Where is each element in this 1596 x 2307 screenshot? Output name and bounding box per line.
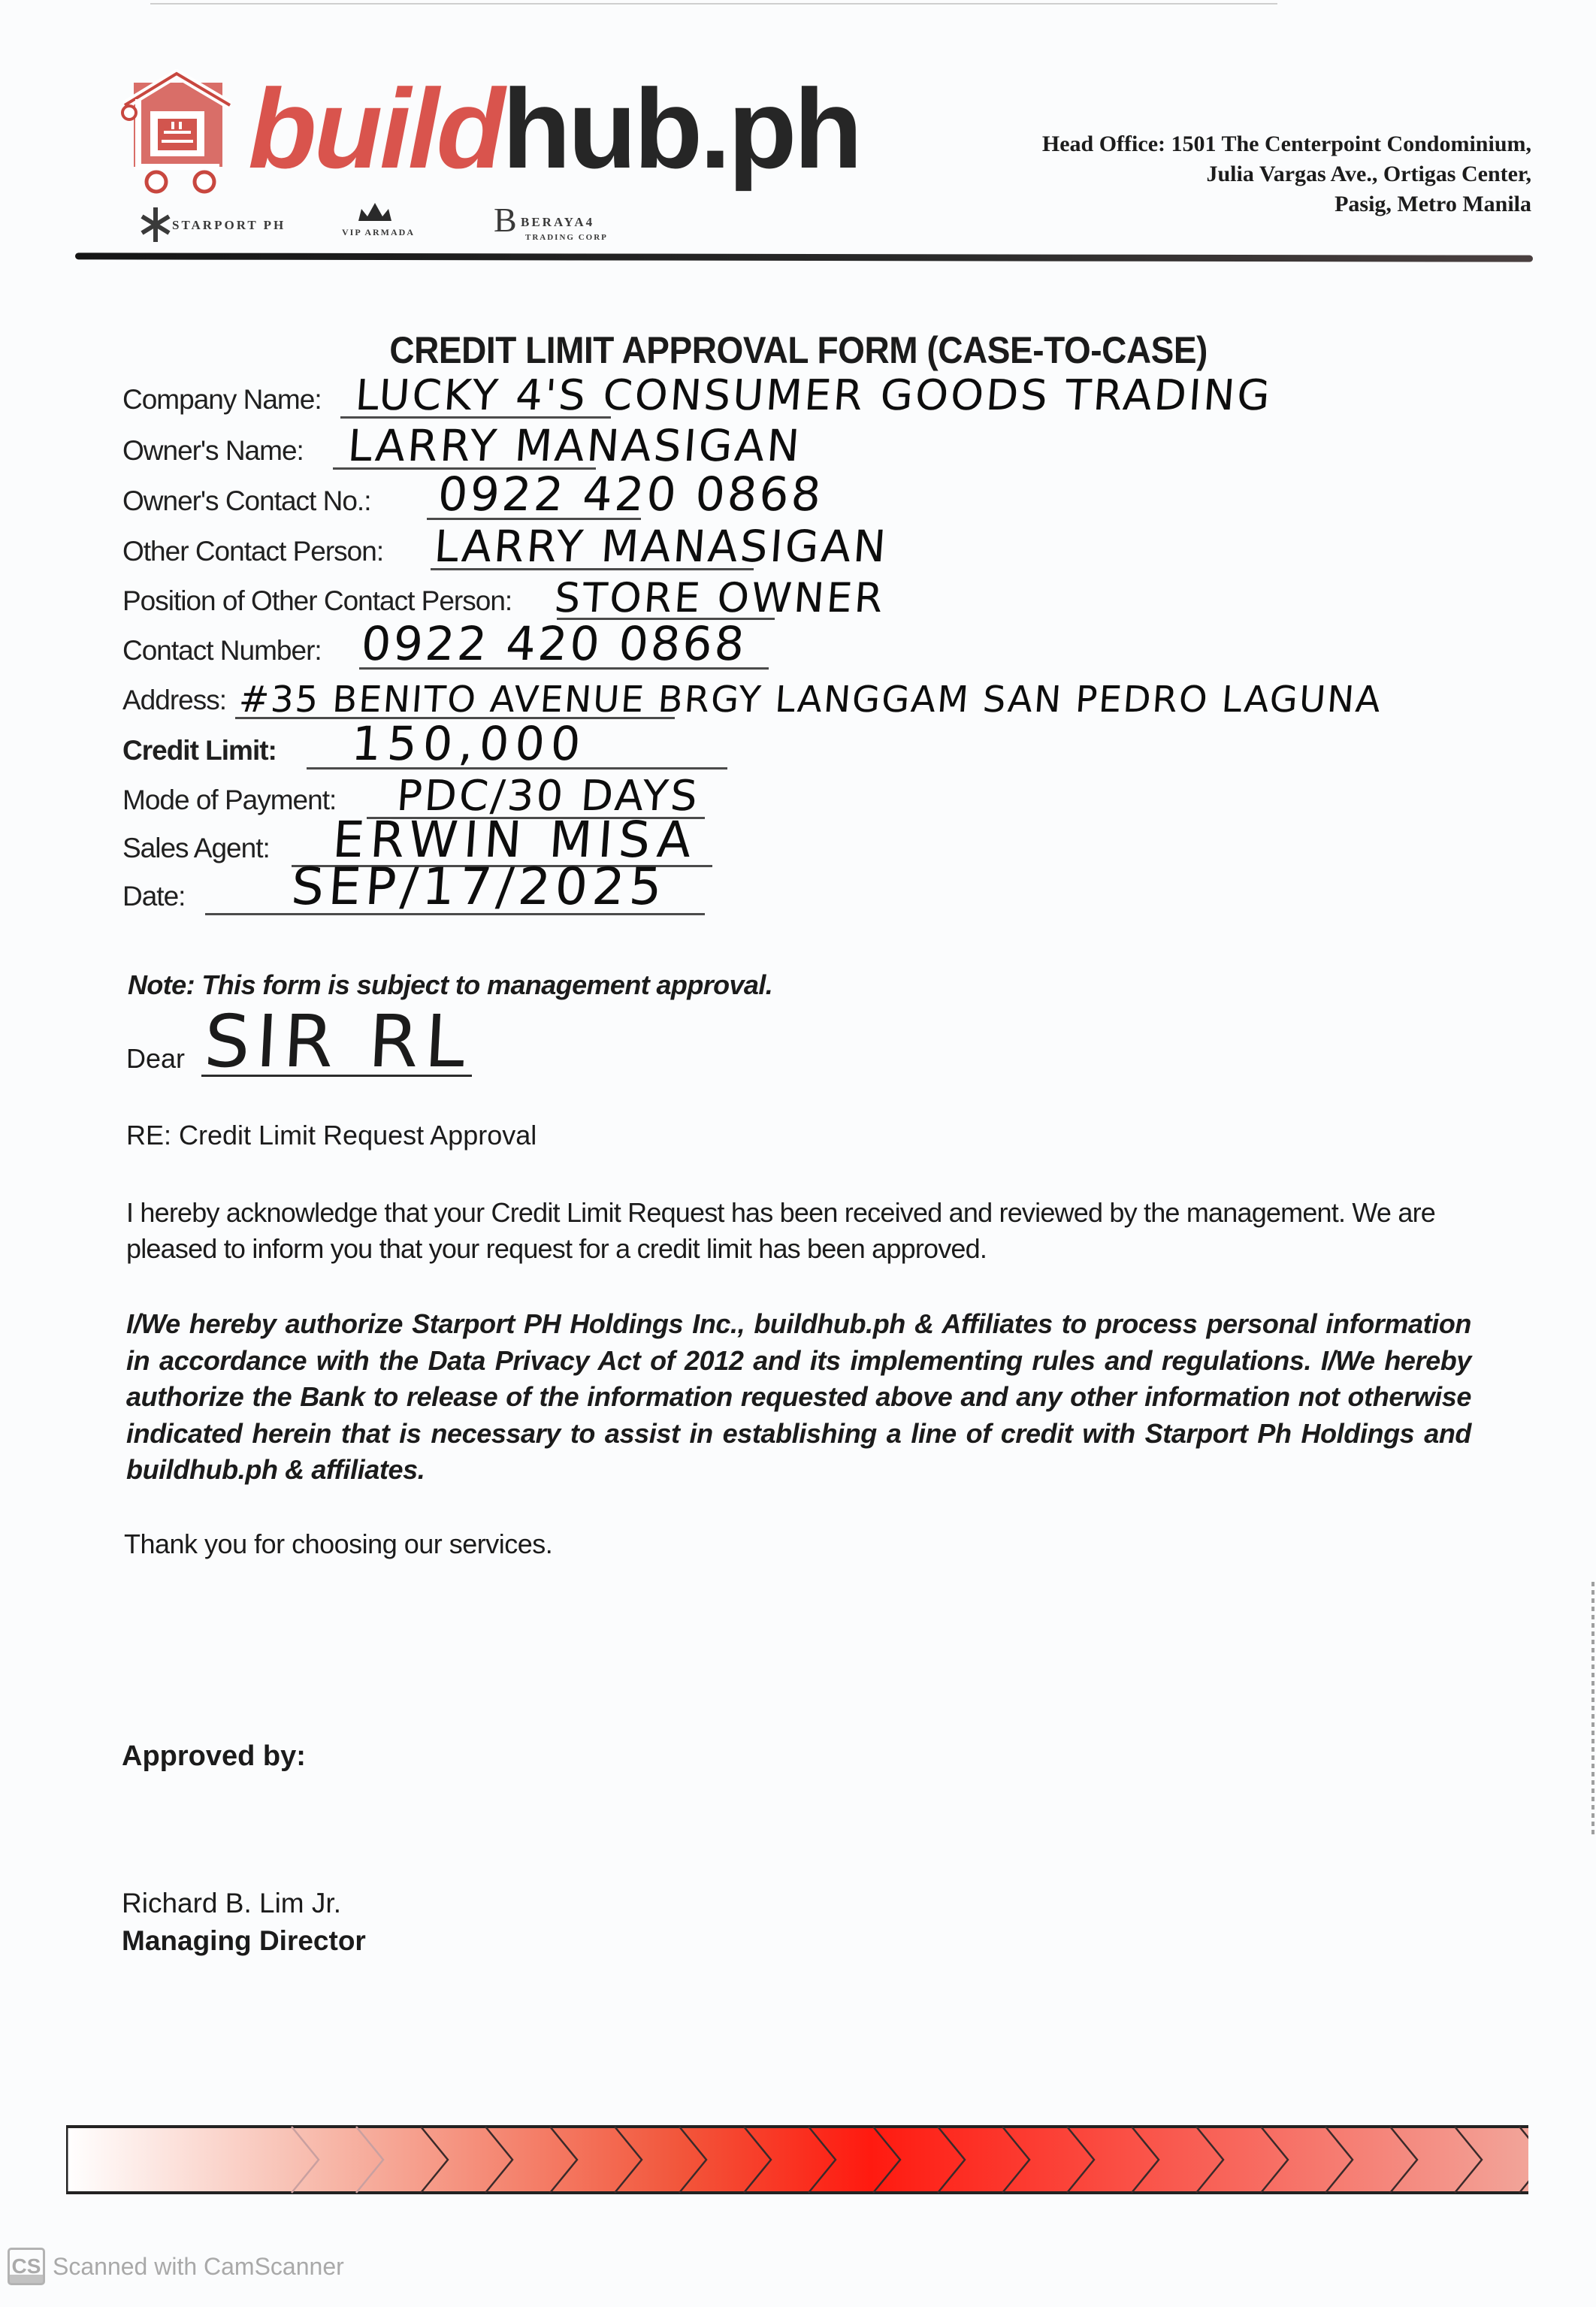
sublogo-armada: VIP ARMADA [342, 227, 415, 238]
field-label: Company Name: [122, 384, 322, 416]
field-value[interactable]: 150,000 [349, 716, 588, 771]
acknowledgement-paragraph: I hereby acknowledge that your Credit Li… [126, 1195, 1509, 1267]
field-value[interactable]: STORE OWNER [553, 574, 887, 621]
brand-wordmark: buildhub.ph [248, 72, 860, 185]
header-divider [75, 252, 1533, 262]
sublogo-beraya: BERAYA4 [521, 215, 594, 230]
starport-star-icon [139, 206, 172, 243]
field-label: Sales Agent: [122, 833, 270, 864]
field-label: Position of Other Contact Person: [122, 585, 512, 617]
field-owner-contact: Owner's Contact No.: 0922 420 0868 [122, 473, 1024, 526]
thank-you-line: Thank you for choosing our services. [124, 1528, 552, 1560]
house-cart-logo-icon [120, 69, 233, 197]
head-office-line-1: Head Office: 1501 The Centerpoint Condom… [1042, 129, 1531, 159]
watermark-text: Scanned with CamScanner [53, 2253, 344, 2281]
field-label: Date: [122, 881, 185, 912]
field-label: Mode of Payment: [122, 785, 336, 816]
field-date: Date: SEP/17/2025 [122, 869, 874, 921]
field-value[interactable]: LARRY MANASIGAN [433, 521, 890, 572]
field-address: Address: #35 BENITO AVENUE BRGY LANGGAM … [122, 673, 1550, 725]
salutation-label: Dear [126, 1043, 185, 1075]
camscanner-watermark: CS Scanned with CamScanner [8, 2248, 344, 2284]
salutation-value[interactable]: SIR RL [202, 999, 473, 1084]
brand-part-build: build [248, 65, 502, 192]
field-value[interactable]: SEP/17/2025 [289, 857, 668, 917]
sublogo-trading-corp: TRADING CORP [525, 233, 608, 242]
sublogo-starport: STARPORT PH [172, 218, 286, 233]
field-value[interactable]: 0922 420 0868 [359, 616, 748, 671]
field-credit-limit: Credit Limit: 150,000 [122, 723, 874, 776]
head-office-line-2: Julia Vargas Ave., Ortigas Center, [1042, 159, 1531, 189]
scan-edge-artifact [1591, 1582, 1594, 1837]
field-label: Owner's Name: [122, 435, 304, 467]
field-value[interactable]: #35 BENITO AVENUE BRGY LANGGAM SAN PEDRO… [237, 679, 1383, 721]
scan-edge-line [150, 3, 1277, 5]
field-value[interactable]: LUCKY 4'S CONSUMER GOODS TRADING [354, 371, 1274, 420]
affiliate-logos: STARPORT PH VIP ARMADA B BERAYA4 TRADING… [139, 201, 627, 246]
field-label: Owner's Contact No.: [122, 485, 370, 517]
camscanner-logo-icon: CS [8, 2248, 45, 2285]
field-value[interactable]: 0922 420 0868 [436, 467, 824, 522]
field-label: Credit Limit: [122, 735, 277, 766]
crown-icon [357, 201, 393, 222]
signer-title: Managing Director [122, 1925, 366, 1957]
beraya-b-mark-icon: B [494, 200, 517, 240]
subject-line: RE: Credit Limit Request Approval [126, 1120, 537, 1151]
approved-by-label: Approved by: [122, 1740, 306, 1773]
head-office-address: Head Office: 1501 The Centerpoint Condom… [1042, 129, 1531, 219]
field-value[interactable]: LARRY MANASIGAN [346, 420, 804, 471]
field-company-name: Company Name: LUCKY 4'S CONSUMER GOODS T… [122, 372, 1325, 425]
field-label: Contact Number: [122, 635, 322, 667]
approval-note: Note: This form is subject to management… [128, 969, 772, 1001]
data-privacy-authorization: I/We hereby authorize Starport PH Holdin… [126, 1306, 1471, 1489]
signer-name: Richard B. Lim Jr. [122, 1888, 341, 1919]
field-contact-number: Contact Number: 0922 420 0868 [122, 623, 1024, 676]
field-label: Address: [122, 685, 226, 716]
brand-part-hub: hub.ph [502, 65, 860, 192]
footer-chevron-band [66, 2124, 1528, 2196]
field-other-contact-person: Other Contact Person: LARRY MANASIGAN [122, 524, 1099, 576]
head-office-line-3: Pasig, Metro Manila [1042, 189, 1531, 219]
form-title: CREDIT LIMIT APPROVAL FORM (CASE-TO-CASE… [65, 328, 1533, 372]
field-label: Other Contact Person: [122, 536, 383, 567]
